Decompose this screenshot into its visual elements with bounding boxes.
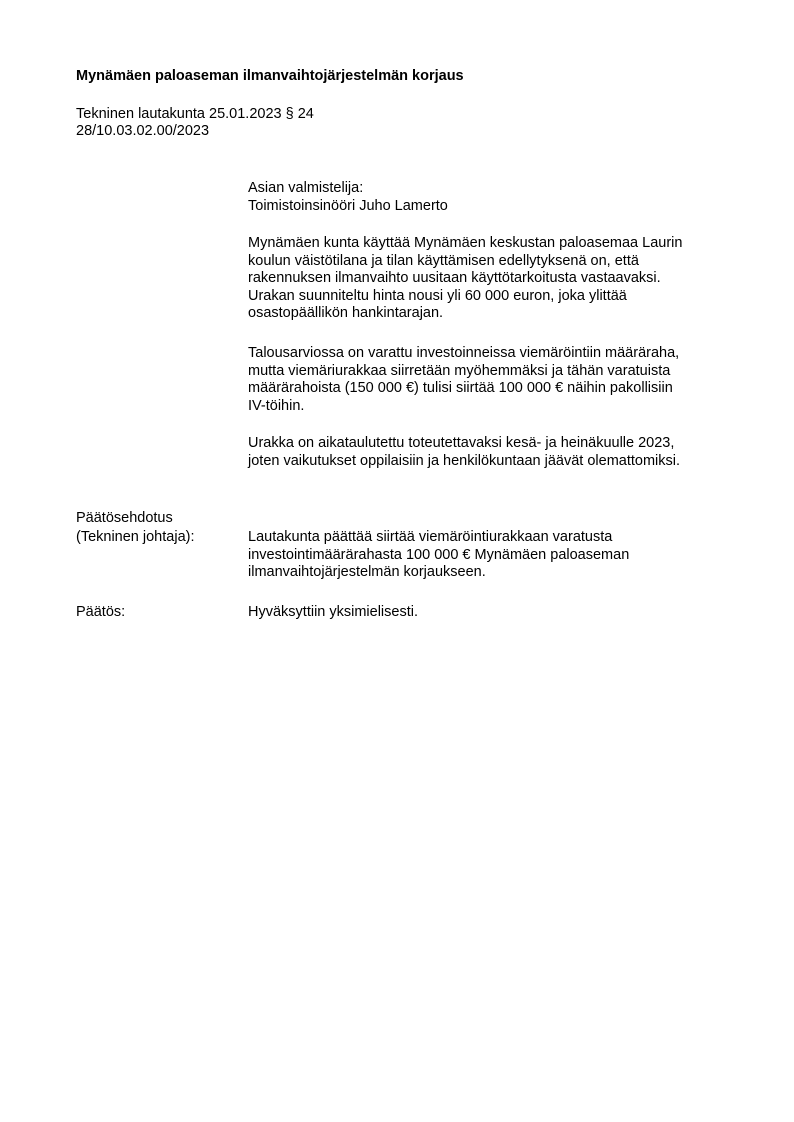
- paragraph-2: Talousarviossa on varattu investoinneiss…: [248, 345, 679, 415]
- decision-text: Hyväksyttiin yksimielisesti.: [248, 604, 418, 622]
- record-id: 28/10.03.02.00/2023: [76, 123, 209, 141]
- preparer-label: Asian valmistelija:: [248, 180, 363, 198]
- text-line: investointimäärärahasta 100 000 € Mynämä…: [248, 547, 629, 565]
- proposal-author-label: (Tekninen johtaja):: [76, 529, 195, 547]
- text-line: koulun väistötilana ja tilan käyttämisen…: [248, 253, 682, 271]
- paragraph-3: Urakka on aikataulutettu toteutettavaksi…: [248, 435, 680, 470]
- proposal-label: Päätösehdotus: [76, 510, 173, 528]
- text-line: Talousarviossa on varattu investoinneiss…: [248, 345, 679, 363]
- text-line: IV-töihin.: [248, 398, 679, 416]
- text-line: joten vaikutukset oppilaisiin ja henkilö…: [248, 453, 680, 471]
- text-line: osastopäällikön hankintarajan.: [248, 305, 682, 323]
- text-line: Lautakunta päättää siirtää viemäröintiur…: [248, 529, 629, 547]
- meeting-info: Tekninen lautakunta 25.01.2023 § 24: [76, 106, 314, 124]
- text-line: Urakan suunniteltu hinta nousi yli 60 00…: [248, 288, 682, 306]
- proposal-text: Lautakunta päättää siirtää viemäröintiur…: [248, 529, 629, 582]
- preparer-name: Toimistoinsinööri Juho Lamerto: [248, 198, 448, 216]
- text-line: Urakka on aikataulutettu toteutettavaksi…: [248, 435, 680, 453]
- text-line: ilmanvaihtojärjestelmän korjaukseen.: [248, 564, 629, 582]
- paragraph-1: Mynämäen kunta käyttää Mynämäen keskusta…: [248, 235, 682, 323]
- text-line: mutta viemäriurakkaa siirretään myöhemmä…: [248, 363, 679, 381]
- text-line: Mynämäen kunta käyttää Mynämäen keskusta…: [248, 235, 682, 253]
- text-line: rakennuksen ilmanvaihto uusitaan käyttöt…: [248, 270, 682, 288]
- document-title: Mynämäen paloaseman ilmanvaihtojärjestel…: [76, 68, 464, 84]
- decision-label: Päätös:: [76, 604, 125, 622]
- text-line: määrärahoista (150 000 €) tulisi siirtää…: [248, 380, 679, 398]
